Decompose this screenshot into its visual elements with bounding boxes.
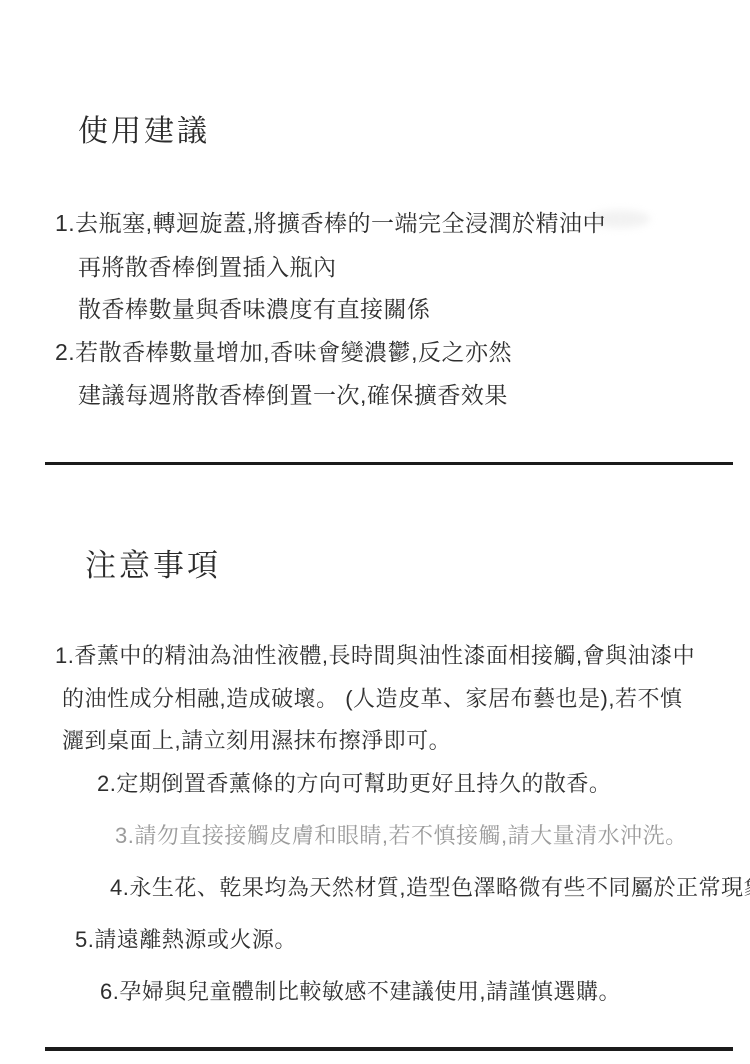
usage-step-2-cont: 建議每週將散香棒倒置一次,確保擴香效果 (78, 384, 508, 407)
note-item-5: 5.請遠離熱源或火源。 (75, 929, 297, 951)
usage-step-2: 2.若散香棒數量增加,香味會變濃鬱,反之亦然 (55, 341, 512, 364)
usage-section-title: 使用建議 (78, 106, 210, 150)
note-item-3: 3.請勿直接接觸皮膚和眼睛,若不慎接觸,請大量清水沖洗。 (115, 825, 688, 847)
usage-step-1-cont: 再將散香棒倒置插入瓶內 (78, 256, 337, 279)
section-divider (45, 462, 733, 465)
usage-step-1-note: 散香棒數量與香味濃度有直接關係 (78, 298, 431, 321)
note-item-6: 6.孕婦與兒童體制比較敏感不建議使用,請謹慎選購。 (100, 981, 621, 1003)
note-item-2: 2.定期倒置香薰條的方向可幫助更好且持久的散香。 (97, 773, 611, 795)
notes-section-title: 注意事項 (85, 540, 221, 585)
note-item-4: 4.永生花、乾果均為天然材質,造型色澤略微有些不同屬於正常現象。 (110, 877, 750, 899)
note-item-1-cont2: 灑到桌面上,請立刻用濕抹布擦淨即可。 (62, 730, 451, 752)
usage-step-1: 1.去瓶塞,轉迴旋蓋,將擴香棒的一端完全浸潤於精油中 (55, 212, 606, 235)
bottom-divider (45, 1047, 733, 1051)
note-item-1-cont: 的油性成分相融,造成破壞。 (人造皮革、家居布藝也是),若不慎 (62, 688, 683, 710)
note-item-1: 1.香薰中的精油為油性液體,長時間與油性漆面相接觸,會與油漆中 (55, 645, 695, 667)
